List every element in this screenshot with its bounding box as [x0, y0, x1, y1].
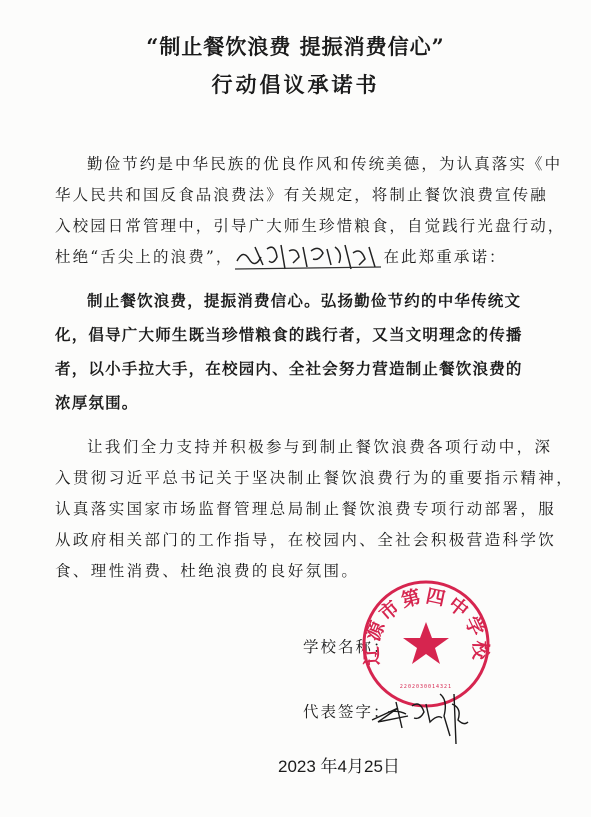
document-title: “制止餐饮浪费 提振消费信心” — [0, 31, 591, 61]
paragraph-line: 入校园日常管理中，引导广大师生珍惜粮食，自觉践行光盘行动， — [55, 211, 535, 242]
paragraph-text: 杜绝“舌尖上的浪费”， — [55, 248, 233, 266]
paragraph-line: 制止餐饮浪费，提振消费信心。弘扬勤俭节约的中华传统文 — [55, 284, 535, 318]
paragraph-line: 化，倡导广大师生既当珍惜粮食的践行者，又当文明理念的传播 — [55, 318, 535, 352]
paragraph-line: 让我们全力支持并积极参与到制止餐饮浪费各项行动中，深 — [55, 432, 535, 463]
paragraph-line: 认真落实国家市场监督管理总局制止餐饮浪费专项行动部署，服 — [55, 494, 535, 525]
handwritten-school-name — [233, 245, 383, 271]
signing-date: 2023 年4月25日 — [278, 752, 400, 777]
paragraph-line: 杜绝“舌尖上的浪费”， 在此郑重承诺： — [55, 242, 535, 273]
paragraph-text: 在此郑重承诺： — [383, 248, 506, 266]
paragraph-line: 勤俭节约是中华民族的优良作风和传统美德，为认真落实《中 — [55, 149, 535, 180]
paragraph-commitment: 制止餐饮浪费，提振消费信心。弘扬勤俭节约的中华传统文 化，倡导广大师生既当珍惜粮… — [55, 284, 535, 420]
paragraph-line: 从政府相关部门的工作指导，在校园内、全社会积极营造科学饮 — [55, 525, 535, 556]
paragraph-intro: 勤俭节约是中华民族的优良作风和传统美德，为认真落实《中 华人民共和国反食品浪费法… — [55, 149, 535, 273]
paragraph-call-to-action: 让我们全力支持并积极参与到制止餐饮浪费各项行动中，深 入贯彻习近平总书记关于坚决… — [55, 432, 535, 587]
paragraph-line: 华人民共和国反食品浪费法》有关规定，将制止餐饮浪费宣传融 — [55, 180, 535, 211]
star-icon — [403, 622, 449, 664]
paragraph-line: 浓厚氛围。 — [55, 386, 535, 420]
paragraph-line: 入贯彻习近平总书记关于坚决制止餐饮浪费行为的重要指示精神， — [55, 463, 535, 494]
paragraph-line: 者，以小手拉大手，在校园内、全社会努力营造制止餐饮浪费的 — [55, 352, 535, 386]
handwritten-signature — [368, 686, 478, 750]
document-subtitle: 行动倡议承诺书 — [0, 69, 591, 99]
